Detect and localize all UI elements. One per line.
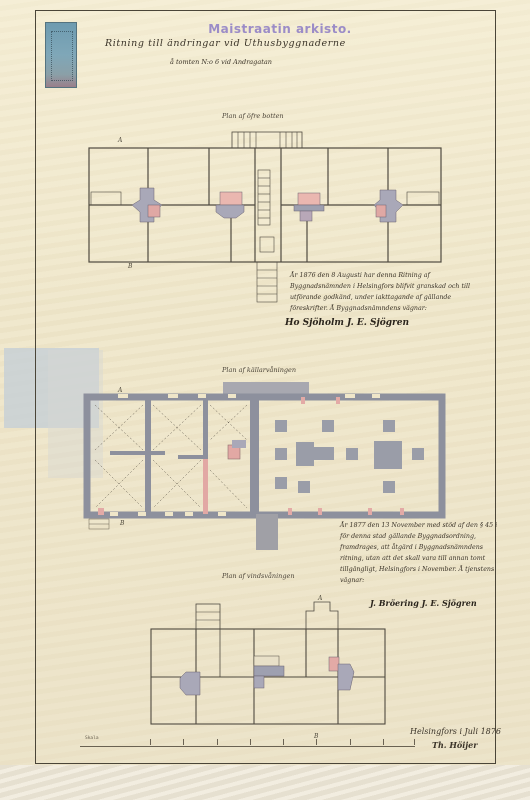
scale-bar — [80, 742, 415, 747]
approval-signature-1877: J. Bröering J. E. Sjögren — [370, 598, 477, 608]
stoves-attic — [180, 656, 354, 695]
approval-note-1877: År 1877 den 13 November med stöd af den … — [340, 520, 500, 586]
approval-signature-1876: Ho Sjöholm J. E. Sjögren — [285, 318, 409, 328]
svg-text:A: A — [317, 595, 323, 602]
place-and-date: Helsingfors i Juli 1876 — [410, 727, 501, 736]
scale-label: Skala — [85, 736, 99, 741]
svg-text:A: A — [117, 137, 123, 144]
approval-note-1876: År 1876 den 8 Augusti har denna Ritning … — [290, 270, 490, 314]
svg-text:B: B — [127, 263, 133, 270]
svg-text:B: B — [119, 520, 125, 527]
svg-text:A: A — [117, 387, 123, 394]
floor-plans-drawing: AB AB AB — [0, 0, 530, 800]
architect-signature: Th. Höijer — [432, 740, 477, 750]
